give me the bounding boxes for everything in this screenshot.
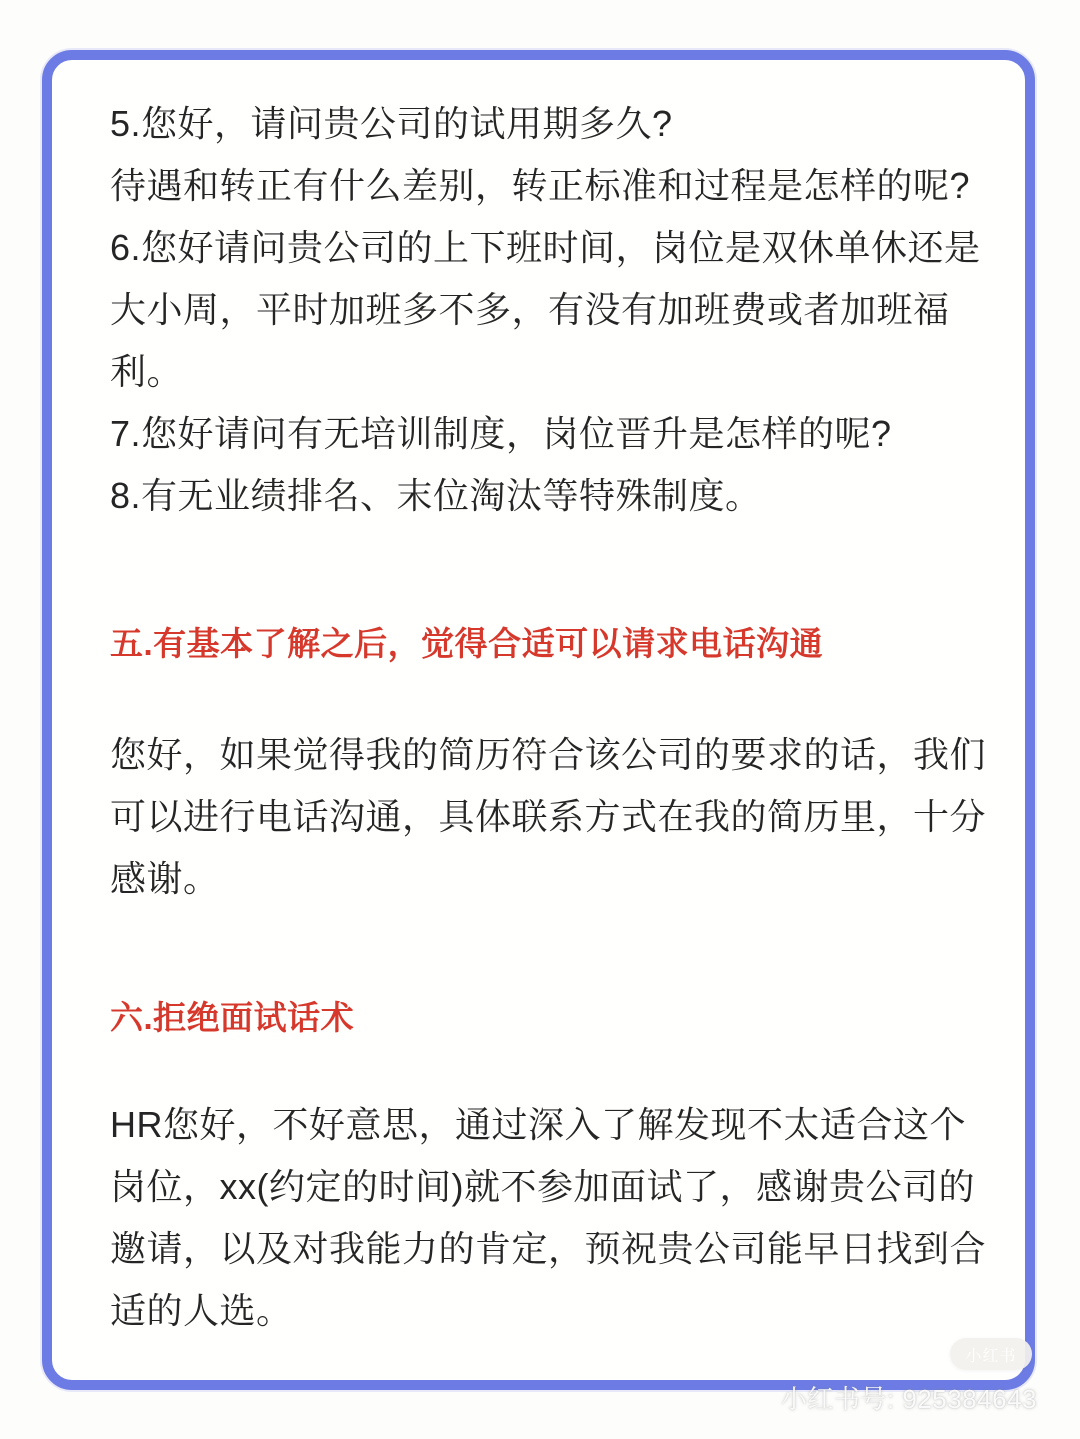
section-six-body: HR您好，不好意思，通过深入了解发现不太适合这个 岗位，xx(约定的时间)就不参… [110,1094,990,1342]
content-card: 5.您好，请问贵公司的试用期多久? 待遇和转正有什么差别，转正标准和过程是怎样的… [42,50,1035,1390]
section-six-heading: 六.拒绝面试话术 [110,996,990,1040]
interview-questions-list: 5.您好，请问贵公司的试用期多久? 待遇和转正有什么差别，转正标准和过程是怎样的… [110,93,990,527]
xiaohongshu-account-watermark: 小红书号: 925384643 [781,1379,1037,1416]
section-five-body: 您好，如果觉得我的简历符合该公司的要求的话，我们 可以进行电话沟通，具体联系方式… [110,724,990,910]
note-page: 5.您好，请问贵公司的试用期多久? 待遇和转正有什么差别，转正标准和过程是怎样的… [0,0,1080,1439]
xiaohongshu-logo-watermark: 小红书 [950,1338,1032,1370]
xiaohongshu-logo-text: 小红书 [965,1343,1016,1366]
section-five-heading: 五.有基本了解之后，觉得合适可以请求电话沟通 [110,622,990,666]
